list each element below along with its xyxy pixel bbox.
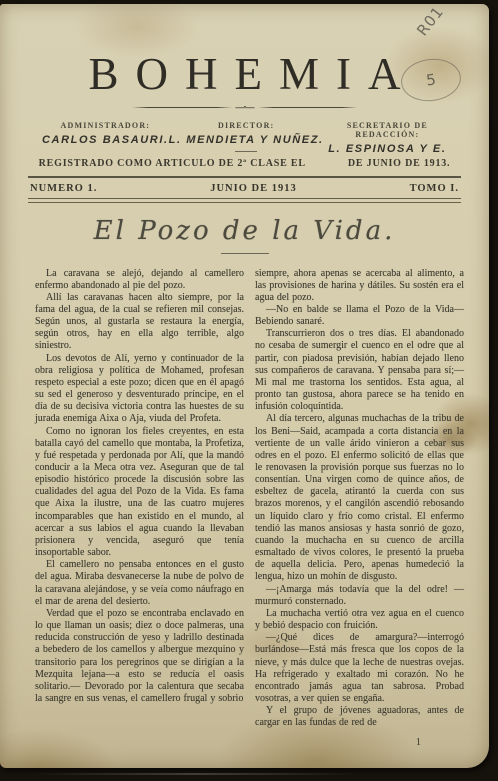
table-edge-streak xyxy=(30,773,360,775)
paragraph: La caravana se alejó, dejando al camelle… xyxy=(35,268,244,292)
issue-row: NUMERO 1. JUNIO DE 1913 TOMO I. xyxy=(30,183,459,194)
staff-block: ADMINISTRADOR: CARLOS BASAURI. DIRECTOR:… xyxy=(42,121,451,156)
staff-label: SECRETARIO DE REDACCIÓN: xyxy=(324,121,451,139)
paragraph: siempre, ahora apenas se acercaba al ali… xyxy=(255,268,464,304)
paragraph: Allí las caravanas hacen alto siempre, p… xyxy=(35,292,244,353)
staff-name: CARLOS BASAURI. xyxy=(42,134,169,146)
paragraph: —¿Qué dices de amargura?—interrogó burlá… xyxy=(255,632,464,705)
left-column: La caravana se alejó, dejando al camelle… xyxy=(35,268,244,730)
ornament-line-right xyxy=(258,107,358,108)
paragraph: El camellero no pensaba entonces en el g… xyxy=(35,559,244,608)
staff-secretary: SECRETARIO DE REDACCIÓN: L. ESPINOSA Y E… xyxy=(324,121,451,156)
staff-director: DIRECTOR: L. MENDIETA Y NUÑEZ. xyxy=(169,121,324,156)
staff-label: DIRECTOR: xyxy=(169,121,324,130)
small-flourish xyxy=(235,151,257,152)
paragraph: Como no ignoran los fieles creyentes, en… xyxy=(35,426,244,560)
paragraph: Al día tercero, algunas muchachas de la … xyxy=(255,413,464,583)
staff-label: ADMINISTRADOR: xyxy=(42,121,169,130)
registration-text-right: DE JUNIO DE 1913. xyxy=(348,158,451,169)
paragraph: Los devotos de Alí, yerno y continuador … xyxy=(35,353,244,426)
pencil-note: R01 xyxy=(414,3,448,40)
issue-tome: TOMO I. xyxy=(410,183,459,194)
paragraph: —No en balde se llama el Pozo de la Vida… xyxy=(255,304,464,328)
paragraph: Verdad que el pozo se encontraba enclava… xyxy=(35,608,244,705)
issue-date: JUNIO DE 1913 xyxy=(210,183,297,194)
article-title: El Pozo de la Vida. xyxy=(0,216,489,246)
paragraph: Y el grupo de jóvenes aguadoras, antes d… xyxy=(255,705,464,729)
staff-administrator: ADMINISTRADOR: CARLOS BASAURI. xyxy=(42,121,169,156)
staff-name: L. ESPINOSA Y E. xyxy=(324,143,451,155)
registration-text-left: REGISTRADO COMO ARTICULO DE 2ª CLASE EL xyxy=(39,158,306,169)
ornament-line-left xyxy=(132,107,232,108)
paragraph: La muchacha vertió otra vez agua en el c… xyxy=(255,608,464,632)
rule-below-issue-row xyxy=(28,198,461,203)
issue-number: NUMERO 1. xyxy=(30,183,97,194)
page-number: 1 xyxy=(0,737,421,748)
magazine-page: R01 5 BOHEMIA —·— ADMINISTRADOR: CARLOS … xyxy=(0,4,489,768)
staff-name: L. MENDIETA Y NUÑEZ. xyxy=(169,134,324,146)
circled-number: 5 xyxy=(425,70,437,89)
rule-above-issue-row xyxy=(28,176,461,178)
paragraph: —¡Amarga más todavía que la del odre! —m… xyxy=(255,584,464,608)
masthead-ornament: —·— xyxy=(132,104,357,111)
paragraph: Transcurrieron dos o tres días. El aband… xyxy=(255,328,464,413)
ornament-center-glyph: —·— xyxy=(232,104,258,111)
article-body: La caravana se alejó, dejando al camelle… xyxy=(35,268,464,730)
registration-line: REGISTRADO COMO ARTICULO DE 2ª CLASE ELD… xyxy=(0,158,489,169)
title-underline xyxy=(221,253,269,254)
right-column: siempre, ahora apenas se acercaba al ali… xyxy=(255,268,464,730)
